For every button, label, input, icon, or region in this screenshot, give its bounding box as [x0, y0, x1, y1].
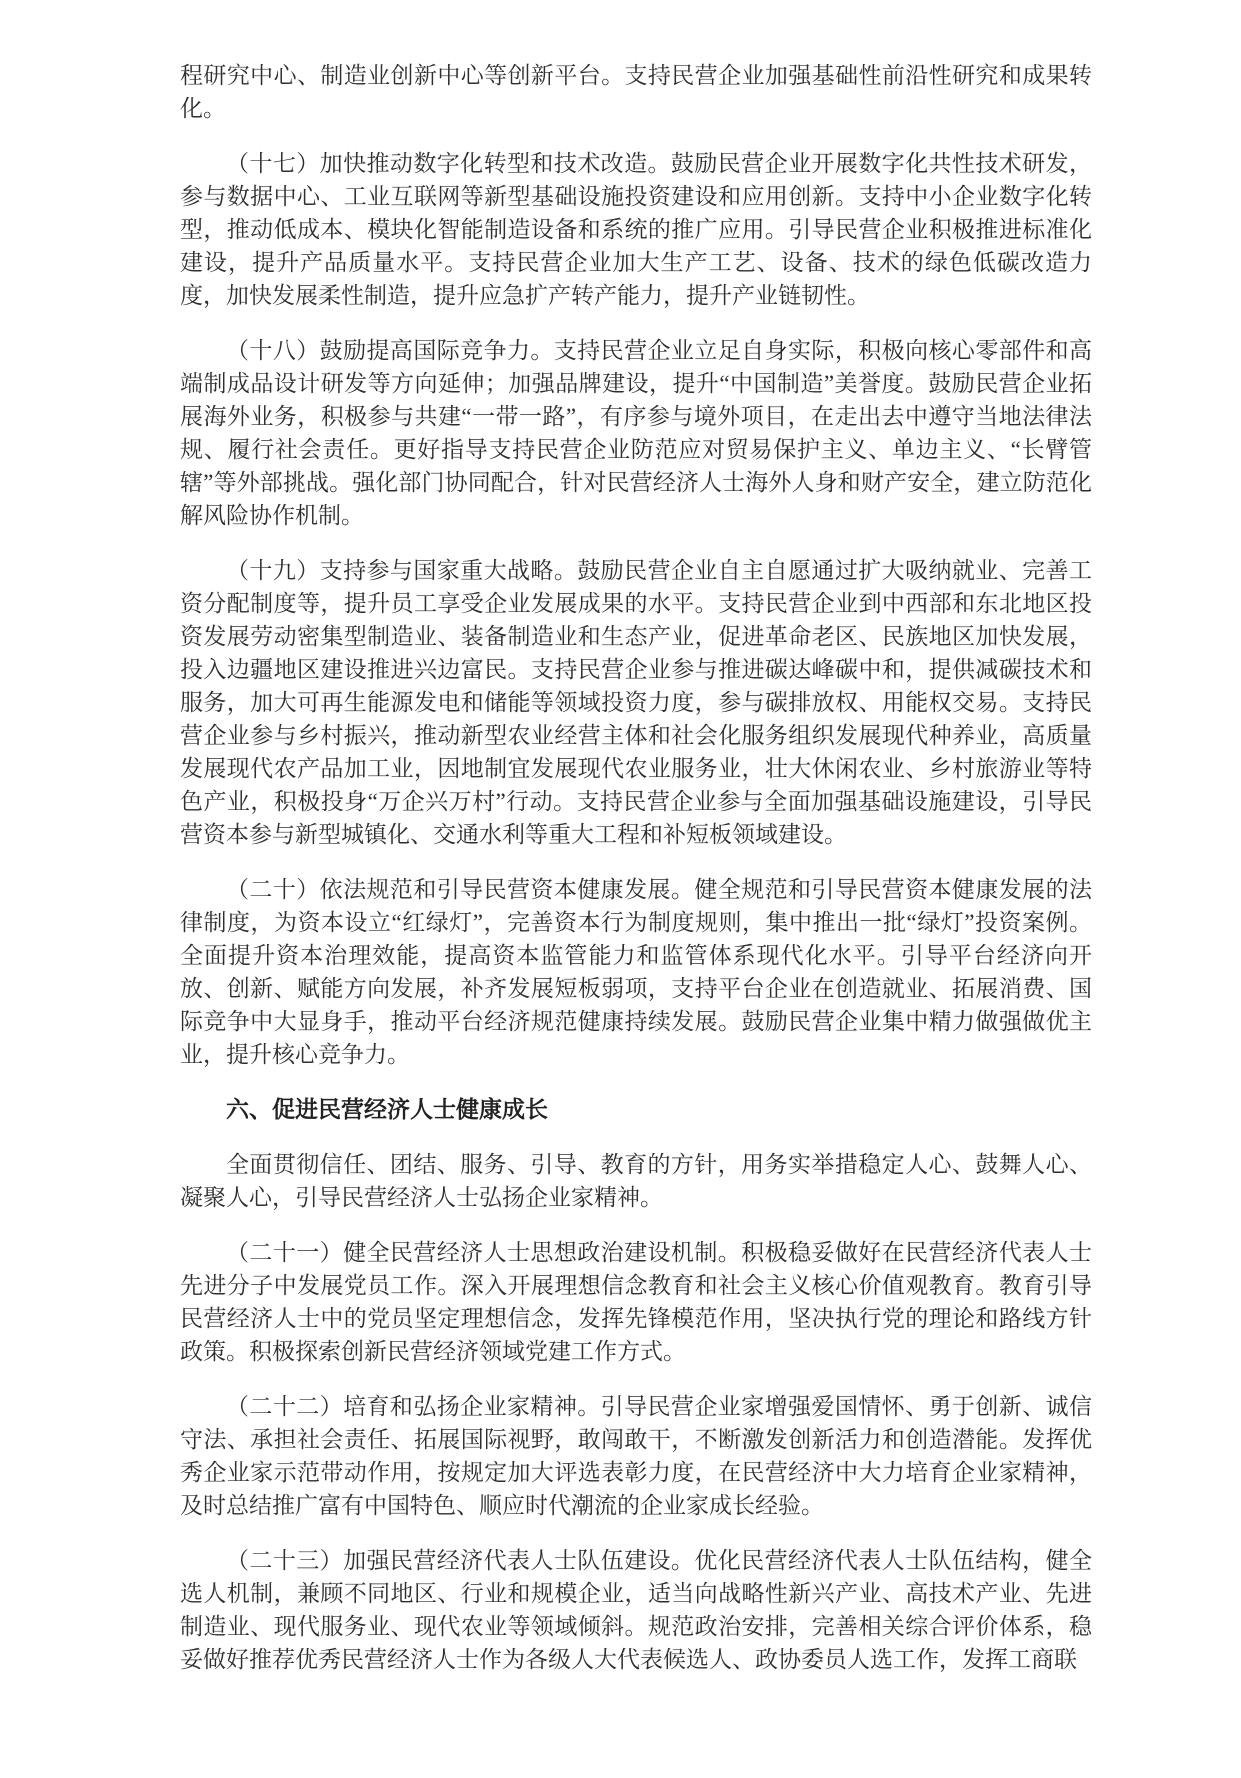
- paragraph-intro-6: 全面贯彻信任、团结、服务、引导、教育的方针，用务实举措稳定人心、鼓舞人心、凝聚人…: [180, 1148, 1092, 1214]
- paragraph-21: （二十一）健全民营经济人士思想政治建设机制。积极稳妥做好在民营经济代表人士先进分…: [180, 1236, 1092, 1368]
- document-page: 程研究中心、制造业创新中心等创新平台。支持民营企业加强基础性前沿性研究和成果转化…: [0, 0, 1241, 1778]
- paragraph-19: （十九）支持参与国家重大战略。鼓励民营企业自主自愿通过扩大吸纳就业、完善工资分配…: [180, 554, 1092, 851]
- paragraph-20: （二十）依法规范和引导民营资本健康发展。健全规范和引导民营资本健康发展的法律制度…: [180, 873, 1092, 1071]
- paragraph-continuation: 程研究中心、制造业创新中心等创新平台。支持民营企业加强基础性前沿性研究和成果转化…: [180, 59, 1092, 125]
- paragraph-23: （二十三）加强民营经济代表人士队伍建设。优化民营经济代表人士队伍结构，健全选人机…: [180, 1544, 1092, 1676]
- section-heading-6: 六、促进民营经济人士健康成长: [180, 1093, 1092, 1126]
- paragraph-22: （二十二）培育和弘扬企业家精神。引导民营企业家增强爱国情怀、勇于创新、诚信守法、…: [180, 1390, 1092, 1522]
- paragraph-17: （十七）加快推动数字化转型和技术改造。鼓励民营企业开展数字化共性技术研发，参与数…: [180, 147, 1092, 312]
- paragraph-18: （十八）鼓励提高国际竞争力。支持民营企业立足自身实际，积极向核心零部件和高端制成…: [180, 334, 1092, 532]
